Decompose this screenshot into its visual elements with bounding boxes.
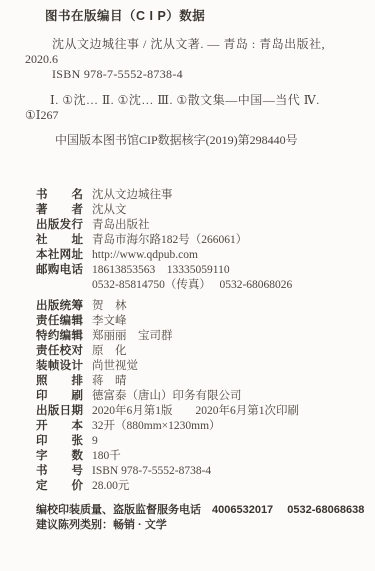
shelving-category-line: 建议陈列类别：畅销 · 文学 <box>36 518 375 533</box>
info-row-value: ISBN 978-7-5552-8738-4 <box>92 464 211 479</box>
info-row: 0532-85814750（传真） 0532-68068026 <box>36 278 375 293</box>
info-row: 书名 沈从文边城往事 <box>36 188 375 203</box>
info-row: 装帧设计 尚世视觉 <box>36 359 375 374</box>
info-row-label: 出版统筹 <box>36 299 83 314</box>
info-row: 邮购电话 18613853563 13335059110 <box>36 263 375 278</box>
info-row-value: 沈从文边城往事 <box>92 188 173 203</box>
info-row-value: 尚世视觉 <box>92 359 138 374</box>
info-row-label: 开本 <box>36 419 83 434</box>
info-row-value: 青岛出版社 <box>92 218 150 233</box>
cip-year-line: 2020.6 <box>25 52 375 67</box>
info-row: 印刷 德富泰（唐山）印务有限公司 <box>36 389 375 404</box>
publication-info-list: 书名 沈从文边城往事 著者 沈从文 出版发行 青岛出版社 社址 青岛市海尔路18… <box>36 188 375 494</box>
cip-title-line: 沈从文边城往事 / 沈从文著. — 青岛 : 青岛出版社, <box>52 37 375 52</box>
info-row-label: 出版发行 <box>36 218 83 233</box>
info-row: 字数 180千 <box>36 449 375 464</box>
info-row: 开本 32开（880mm×1230mm） <box>36 419 375 434</box>
info-row-value: 青岛市海尔路182号（266061） <box>92 233 247 248</box>
info-row: 特约编辑 郑丽丽 宝司群 <box>36 329 375 344</box>
cip-registry-line: 中国版本图书馆CIP数据核字(2019)第298440号 <box>55 133 375 148</box>
info-row-label: 书号 <box>36 464 83 479</box>
info-row-value: 2020年6月第1版 2020年6月第1次印刷 <box>92 404 299 419</box>
info-row: 印张 9 <box>36 434 375 449</box>
cip-copyright-page: 图书在版编目（C I P）数据 沈从文边城往事 / 沈从文著. — 青岛 : 青… <box>0 0 375 571</box>
info-row-value: 蒋 晴 <box>92 374 127 389</box>
info-row-value: 原 化 <box>92 344 127 359</box>
info-row: 定价 28.00元 <box>36 479 375 494</box>
info-row: 社址 青岛市海尔路182号（266061） <box>36 233 375 248</box>
info-row: 出版日期 2020年6月第1版 2020年6月第1次印刷 <box>36 404 375 419</box>
info-row: 责任编辑 李文峰 <box>36 314 375 329</box>
info-row-value: 郑丽丽 宝司群 <box>92 329 173 344</box>
info-row-label: 书名 <box>36 188 83 203</box>
info-row-label: 字数 <box>36 449 83 464</box>
cip-class-number-line: ①Ⅰ267 <box>25 108 375 123</box>
info-row-value: 0532-85814750（传真） 0532-68068026 <box>92 278 292 293</box>
info-row-label: 社址 <box>36 233 83 248</box>
quality-hotline-line: 编校印装质量、盗版监督服务电话 4006532017 0532-68068638 <box>36 503 375 518</box>
info-row-label: 责任编辑 <box>36 314 83 329</box>
info-row-value: 沈从文 <box>92 203 127 218</box>
cip-isbn-line: ISBN 978-7-5552-8738-4 <box>52 67 375 82</box>
page-title: 图书在版编目（C I P）数据 <box>45 8 375 24</box>
info-row: 出版统筹 贺 林 <box>36 299 375 314</box>
info-row-value: 28.00元 <box>92 479 129 494</box>
info-row-value: 德富泰（唐山）印务有限公司 <box>92 389 242 404</box>
info-row-value: http://www.qdpub.com <box>92 248 198 263</box>
info-row-label: 邮购电话 <box>36 263 83 278</box>
info-row: 书号 ISBN 978-7-5552-8738-4 <box>36 464 375 479</box>
cip-classification-line: Ⅰ. ①沈… Ⅱ. ①沈… Ⅲ. ①散文集—中国—当代 Ⅳ. <box>50 93 375 108</box>
info-row-label: 出版日期 <box>36 404 83 419</box>
info-row-value: 18613853563 13335059110 <box>92 263 230 278</box>
info-row-label: 装帧设计 <box>36 359 83 374</box>
info-row-value: 李文峰 <box>92 314 127 329</box>
info-row-value: 贺 林 <box>92 299 127 314</box>
info-row: 照排 蒋 晴 <box>36 374 375 389</box>
info-row: 出版发行 青岛出版社 <box>36 218 375 233</box>
info-row-label: 责任校对 <box>36 344 83 359</box>
info-row-label: 照排 <box>36 374 83 389</box>
info-row-value: 9 <box>92 434 98 449</box>
info-row: 责任校对 原 化 <box>36 344 375 359</box>
info-row-label: 特约编辑 <box>36 329 83 344</box>
info-row-value: 180千 <box>92 449 121 464</box>
footer-block: 编校印装质量、盗版监督服务电话 4006532017 0532-68068638… <box>36 503 375 533</box>
info-row-label: 印张 <box>36 434 83 449</box>
cip-record-block: 沈从文边城往事 / 沈从文著. — 青岛 : 青岛出版社, 2020.6 ISB… <box>0 37 375 148</box>
info-row-label: 本社网址 <box>36 248 83 263</box>
info-row: 本社网址 http://www.qdpub.com <box>36 248 375 263</box>
info-row-label: 定价 <box>36 479 83 494</box>
info-row-value: 32开（880mm×1230mm） <box>92 419 221 434</box>
info-row-label: 著者 <box>36 203 83 218</box>
info-row-label: 印刷 <box>36 389 83 404</box>
info-row: 著者 沈从文 <box>36 203 375 218</box>
